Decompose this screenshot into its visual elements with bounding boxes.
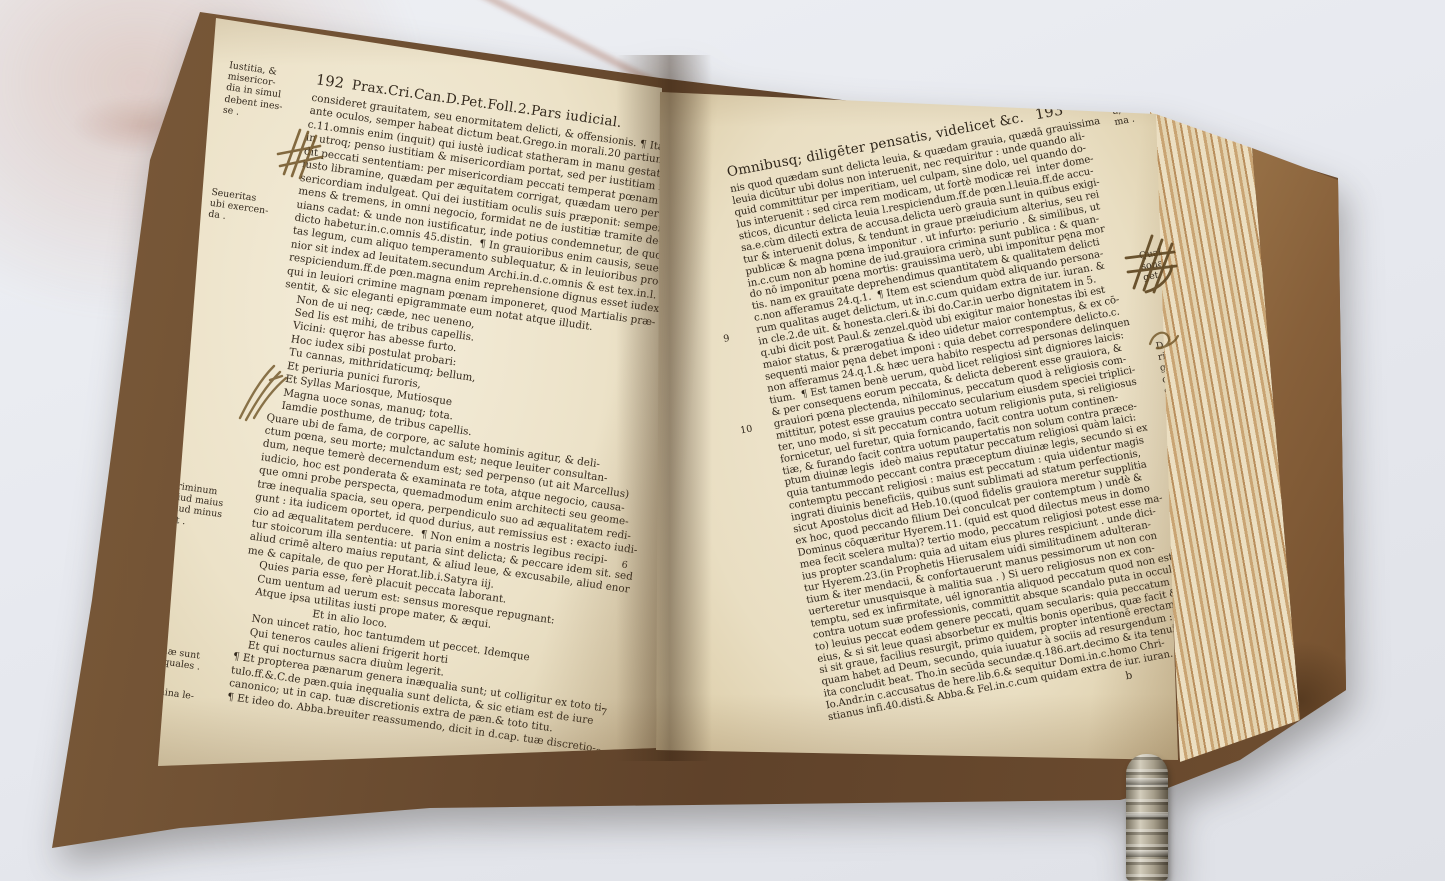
open-book: Iustitia, & misericor- dia in simul debe…: [0, 0, 1445, 881]
silver-clasp: [1126, 754, 1168, 881]
page-shading: [140, 4, 670, 774]
photo-background: Iustitia, & misericor- dia in simul debe…: [0, 0, 1445, 881]
right-page: uia, & graui a, & grauissi ma .Qualitas …: [648, 78, 1193, 778]
clasp-band: [1126, 850, 1168, 857]
clasp-band: [1126, 812, 1168, 819]
page-shading: [648, 78, 1193, 778]
left-page: Iustitia, & misericor- dia in simul debe…: [140, 4, 670, 774]
clasp-band: [1126, 778, 1168, 785]
gutter-shadow: [616, 55, 712, 761]
